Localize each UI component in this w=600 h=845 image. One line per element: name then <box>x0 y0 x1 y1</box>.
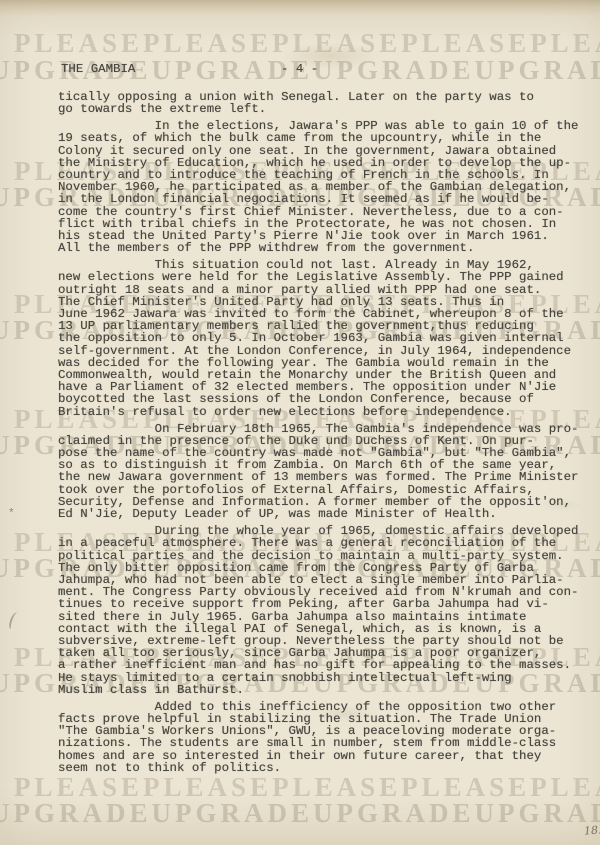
watermark-word: PLEASE <box>401 30 530 57</box>
watermark-word: UPGRADE <box>313 57 475 84</box>
margin-asterisk-mark: * <box>8 508 15 520</box>
paragraph: In the elections, Jawara's PPP was able … <box>58 120 598 254</box>
watermark-word: UPGRADE <box>475 800 600 827</box>
watermark-row: UPGRADEUPGRADEUPGRADEUPGRADEUPGRADE <box>0 800 600 827</box>
paragraph: tically opposing a union with Senegal. L… <box>58 91 598 115</box>
document-title: THE GAMBIA <box>61 62 135 76</box>
watermark-word: PLEASE <box>14 30 143 57</box>
handwritten-page-number: 18. <box>584 823 600 837</box>
document-body: tically opposing a union with Senegal. L… <box>58 91 598 779</box>
watermark-word: PLEASE <box>272 30 401 57</box>
paragraph: This situation could not last. Already i… <box>58 259 598 418</box>
paragraph: Added to this inefficiency of the opposi… <box>58 701 598 774</box>
watermark-word: PLEASE <box>143 30 272 57</box>
scanned-document-page: PLEASEPLEASEPLEASEPLEASEPLEASEUPGRADEUPG… <box>0 0 600 845</box>
pencil-stroke-mark <box>8 611 21 631</box>
paragraph: During the whole year of 1965, domestic … <box>58 525 598 696</box>
watermark-word: PLEASE <box>530 30 600 57</box>
watermark-word: UPGRADE <box>152 800 314 827</box>
watermark-word: UPGRADE <box>0 800 152 827</box>
typed-page-number: - 4 - <box>281 62 318 76</box>
watermark-row: PLEASEPLEASEPLEASEPLEASEPLEASE <box>0 30 600 57</box>
watermark-word: UPGRADE <box>475 57 600 84</box>
watermark-word: UPGRADE <box>313 800 475 827</box>
paragraph: On February 18th 1965, The Gambia's inde… <box>58 423 598 521</box>
